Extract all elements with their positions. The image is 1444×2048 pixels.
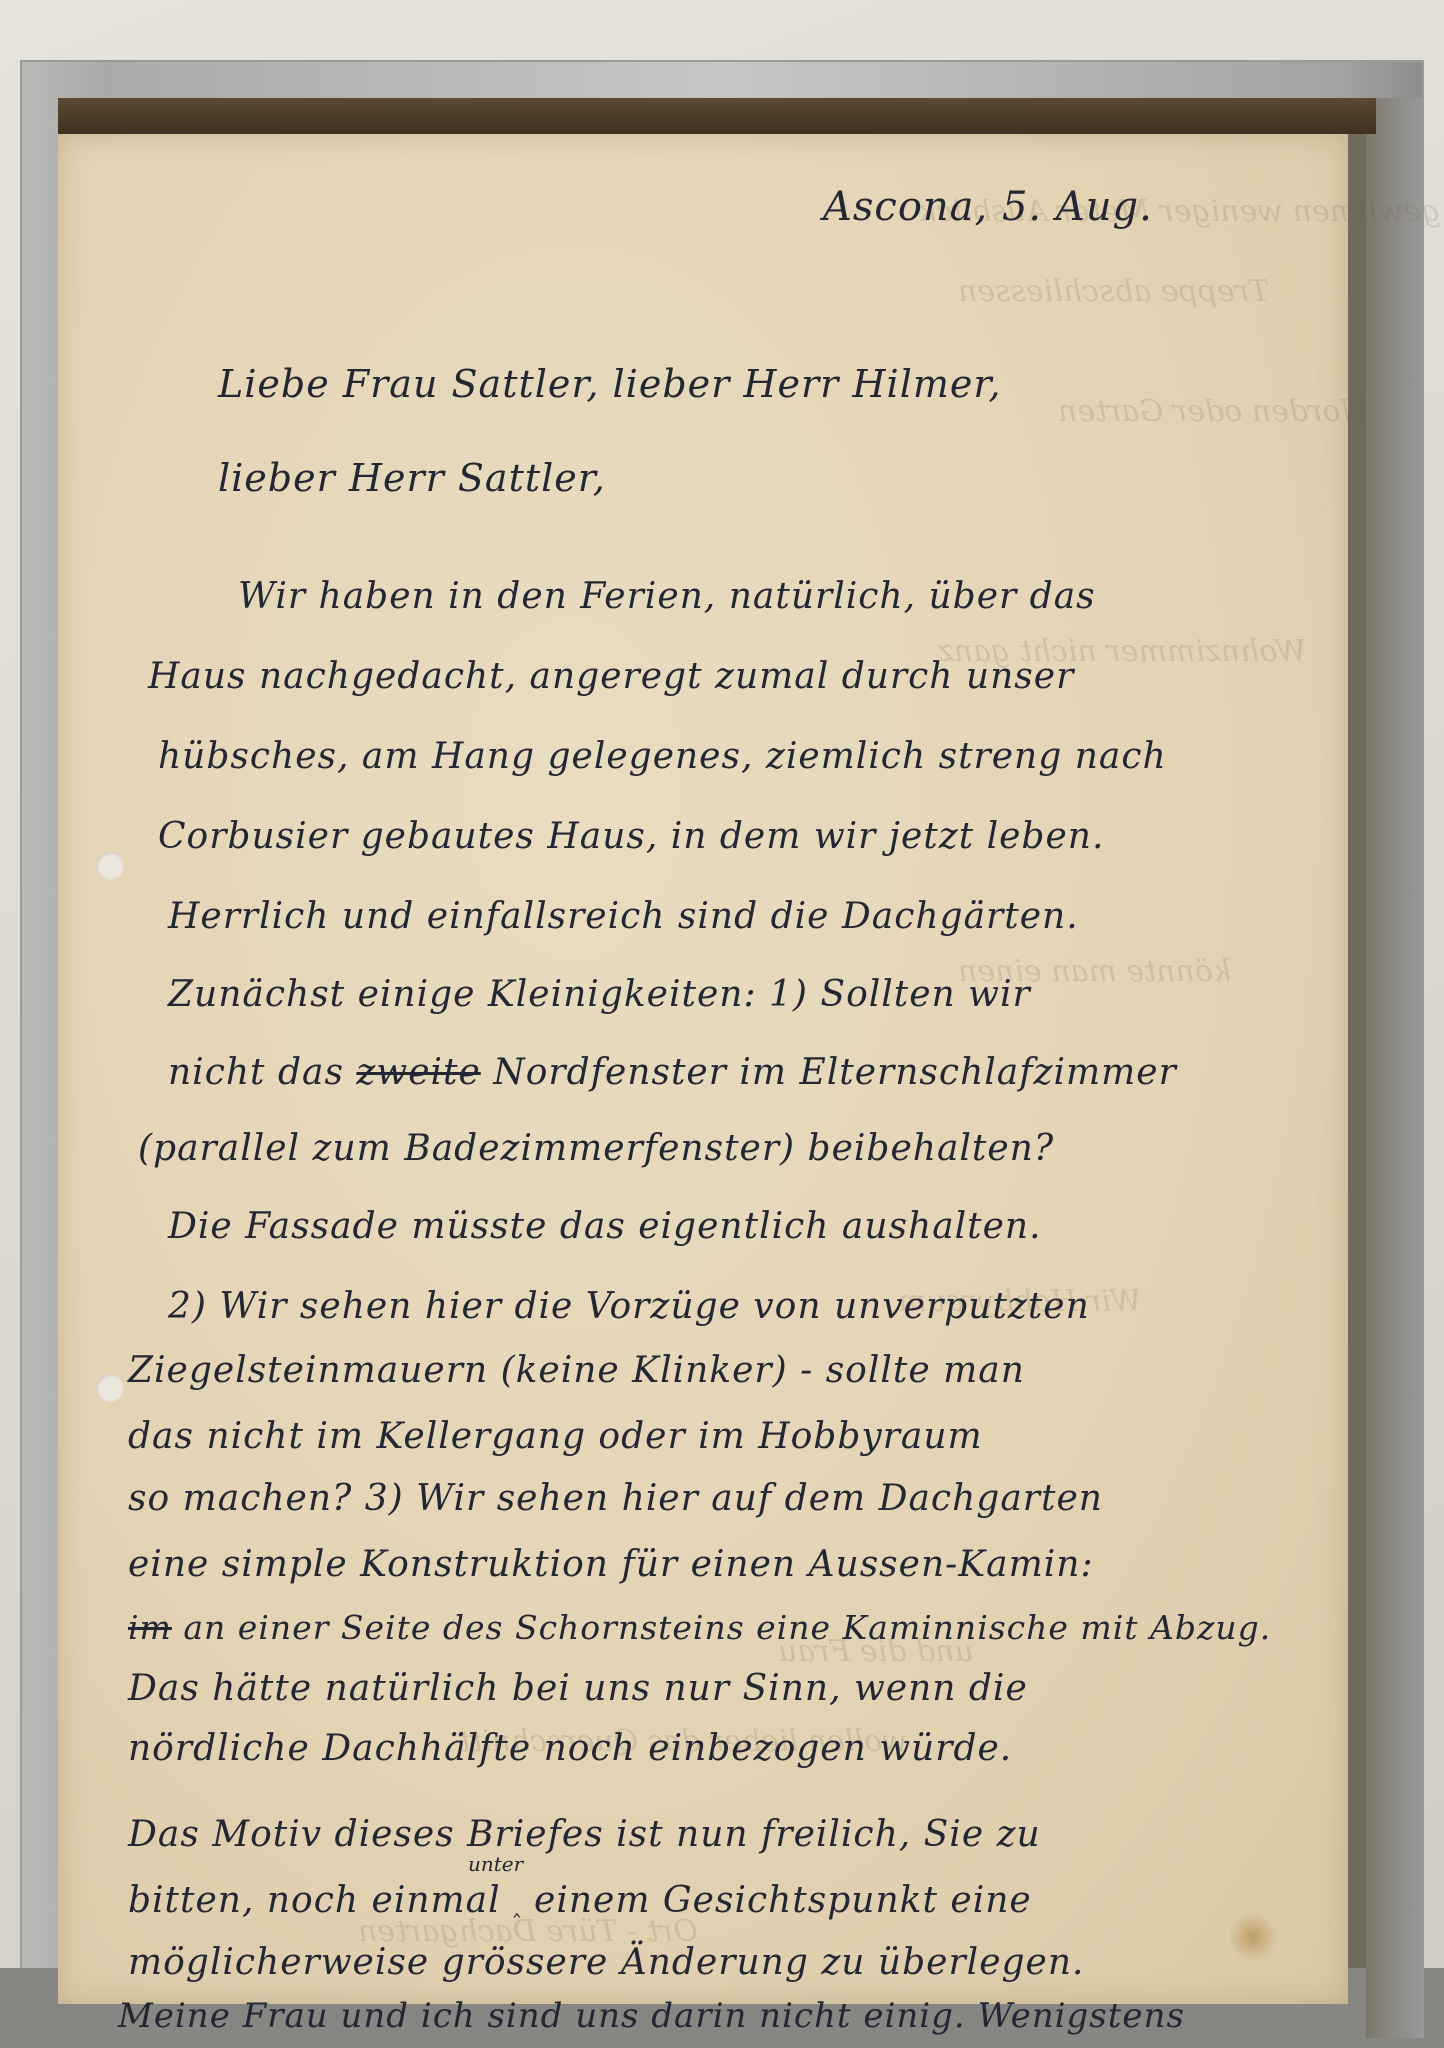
letter-body-line: bitten, noch einmal ‸ einem Gesichtspunk… — [128, 1880, 1032, 1921]
paper-stain — [1228, 1912, 1278, 1962]
letter-body-line: so machen? 3) Wir sehen hier auf dem Dac… — [128, 1478, 1103, 1519]
letter-body-line: Das hätte natürlich bei uns nur Sinn, we… — [128, 1668, 1028, 1709]
letter-text-fragment: einem Gesichtspunkt eine — [534, 1880, 1032, 1921]
letter-body-line: Die Fassade müsste das eigentlich aushal… — [168, 1206, 1042, 1247]
letter-text-fragment: an einer Seite des Schornsteins eine Kam… — [183, 1608, 1271, 1647]
letter-body-line: im an einer Seite des Schornsteins eine … — [128, 1608, 1271, 1647]
letter-text-fragment: Nordfenster im Elternschlafzimmer — [493, 1052, 1177, 1093]
letter-dateline: Ascona, 5. Aug. — [823, 184, 1153, 230]
letter-body-line: hübsches, am Hang gelegenes, ziemlich st… — [158, 736, 1167, 777]
inserted-word: unter — [468, 1852, 523, 1876]
letter-text-fragment: nicht das — [168, 1052, 344, 1093]
punch-hole — [96, 852, 124, 880]
letter-body-line: Wir haben in den Ferien, natürlich, über… — [238, 576, 1096, 617]
letter-body-line: nicht das zweite Nordfenster im Elternsc… — [168, 1052, 1177, 1093]
insertion-caret: ‸ — [513, 1893, 521, 1918]
letter-paper: gewinnen weniger Meter Ausblick Treppe a… — [58, 134, 1348, 2004]
punch-hole — [96, 1374, 124, 1402]
letter-body-line: Zunächst einige Kleinigkeiten: 1) Sollte… — [168, 974, 1031, 1015]
letter-body-line: Herrlich und einfallsreich sind die Dach… — [168, 896, 1079, 937]
struck-word: im — [128, 1608, 172, 1647]
letter-body-line: (parallel zum Badezimmerfenster) beibeha… — [138, 1128, 1054, 1169]
letter-body-line: möglicherweise grössere Änderung zu über… — [128, 1942, 1084, 1983]
frame-right-rail — [1366, 98, 1424, 2038]
picture-frame: gewinnen weniger Meter Ausblick Treppe a… — [0, 40, 1444, 2048]
bleed-through-text: Norden oder Garten — [1058, 394, 1367, 429]
letter-body-line: Das Motiv dieses Briefes ist nun freilic… — [128, 1814, 1041, 1855]
frame-top-shadow — [58, 98, 1376, 134]
letter-body-line: Ziegelsteinmauern (keine Klinker) - soll… — [128, 1350, 1025, 1391]
letter-body-line: Corbusier gebautes Haus, in dem wir jetz… — [158, 816, 1104, 857]
letter-body-line: das nicht im Kellergang oder im Hobbyrau… — [128, 1416, 983, 1457]
letter-salutation-line: lieber Herr Sattler, — [218, 456, 606, 500]
letter-body-line: Meine Frau und ich sind uns darin nicht … — [118, 1996, 1185, 2036]
letter-body-line: eine simple Konstruktion für einen Ausse… — [128, 1544, 1094, 1585]
letter-body-line: Haus nachgedacht, angeregt zumal durch u… — [148, 656, 1074, 697]
letter-body-line: 2) Wir sehen hier die Vorzüge von unverp… — [168, 1286, 1090, 1327]
struck-word: zweite — [356, 1052, 480, 1093]
bleed-through-text: Treppe abschliessen — [958, 274, 1269, 309]
letter-body-line: nördliche Dachhälfte noch einbezogen wür… — [128, 1728, 1012, 1769]
letter-salutation-line: Liebe Frau Sattler, lieber Herr Hilmer, — [218, 362, 1001, 406]
letter-text-fragment: bitten, noch einmal — [128, 1880, 501, 1921]
